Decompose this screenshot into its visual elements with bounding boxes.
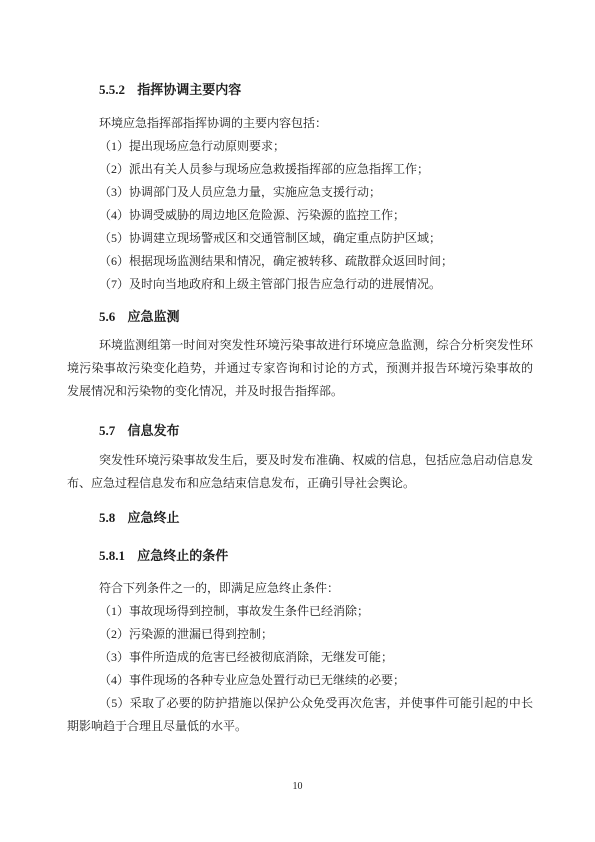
paragraph-information-release: 突发性环境污染事故发生后，要及时发布准确、权威的信息，包括应急启动信息发布、应急… <box>67 449 533 495</box>
section-heading-5-8: 5.8 应急终止 <box>67 506 533 529</box>
list-item: （2）污染源的泄漏已得到控制； <box>67 623 533 646</box>
heading-number: 5.8 <box>99 510 115 525</box>
page-content: 5.5.2 指挥协调主要内容 环境应急指挥部指挥协调的主要内容包括： （1）提出… <box>67 78 533 738</box>
list-item: （3）协调部门及人员应急力量，实施应急支援行动； <box>67 181 533 204</box>
list-termination-conditions: （1）事故现场得到控制，事故发生条件已经消除； （2）污染源的泄漏已得到控制； … <box>67 600 533 738</box>
heading-title: 应急终止的条件 <box>137 548 228 563</box>
heading-number: 5.6 <box>99 309 115 324</box>
heading-number: 5.5.2 <box>99 82 125 97</box>
list-item: （5）采取了必要的防护措施以保护公众免受再次危害，并使事件可能引起的中长期影响趋… <box>67 692 533 738</box>
list-item: （4）事件现场的各种专业应急处置行动已无继续的必要； <box>67 669 533 692</box>
page-footer: 10 <box>0 776 595 794</box>
section-heading-5-6: 5.6 应急监测 <box>67 305 533 328</box>
heading-title: 信息发布 <box>128 423 180 438</box>
heading-number: 5.7 <box>99 423 115 438</box>
list-item: （4）协调受威胁的周边地区危险源、污染源的监控工作； <box>67 204 533 227</box>
document-page: 5.5.2 指挥协调主要内容 环境应急指挥部指挥协调的主要内容包括： （1）提出… <box>0 0 595 842</box>
list-item: （7）及时向当地政府和上级主管部门报告应急行动的进展情况。 <box>67 273 533 296</box>
paragraph-command-coordination-intro: 环境应急指挥部指挥协调的主要内容包括： <box>67 112 533 135</box>
section-heading-5-5-2: 5.5.2 指挥协调主要内容 <box>67 78 533 101</box>
heading-title: 应急监测 <box>128 309 180 324</box>
heading-number: 5.8.1 <box>99 548 125 563</box>
paragraph-emergency-monitoring: 环境监测组第一时间对突发性环境污染事故进行环境应急监测，综合分析突发性环境污染事… <box>67 334 533 403</box>
heading-title: 应急终止 <box>128 510 180 525</box>
section-heading-5-7: 5.7 信息发布 <box>67 419 533 442</box>
list-item: （2）派出有关人员参与现场应急救援指挥部的应急指挥工作； <box>67 158 533 181</box>
list-item: （6）根据现场监测结果和情况，确定被转移、疏散群众返回时间； <box>67 250 533 273</box>
list-item: （5）协调建立现场警戒区和交通管制区域，确定重点防护区域； <box>67 227 533 250</box>
list-item: （3）事件所造成的危害已经被彻底消除，无继发可能； <box>67 646 533 669</box>
list-item: （1）提出现场应急行动原则要求； <box>67 135 533 158</box>
heading-title: 指挥协调主要内容 <box>137 82 241 97</box>
page-number: 10 <box>293 781 303 792</box>
section-heading-5-8-1: 5.8.1 应急终止的条件 <box>67 544 533 567</box>
list-item: （1）事故现场得到控制，事故发生条件已经消除； <box>67 600 533 623</box>
list-command-coordination: （1）提出现场应急行动原则要求； （2）派出有关人员参与现场应急救援指挥部的应急… <box>67 135 533 296</box>
paragraph-termination-conditions-intro: 符合下列条件之一的，即满足应急终止条件： <box>67 577 533 600</box>
